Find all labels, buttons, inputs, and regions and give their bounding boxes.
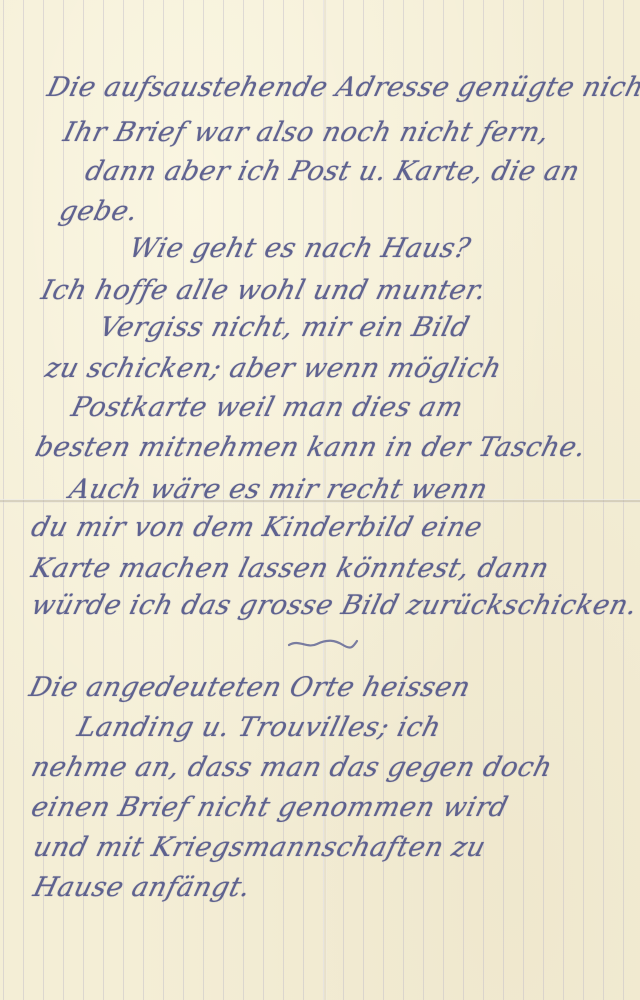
letter-line-15: Die angedeuteten Orte heissen [26,672,474,703]
handwritten-text: Die aufsaustehende Adresse genügte nicht… [0,0,640,1000]
letter-line-5: Wie geht es nach Haus? [126,233,474,264]
letter-line-20: Hause anfängt. [30,872,254,903]
letter-page: Die aufsaustehende Adresse genügte nicht… [0,0,640,1000]
letter-line-19: und mit Kriegsmannschaften zu [30,832,489,863]
letter-line-7: Vergiss nicht, mir ein Bild [96,312,473,343]
letter-line-11: Auch wäre es mir recht wenn [66,474,491,505]
letter-line-12: du mir von dem Kinderbild eine [28,512,485,543]
letter-line-17: nehme an, dass man das gegen doch [28,752,556,783]
letter-line-9: Postkarte weil man dies am [68,392,466,423]
letter-line-16: Landing u. Trouvilles; ich [74,712,444,743]
letter-line-8: zu schicken; aber wenn möglich [42,353,505,384]
letter-line-1: Die aufsaustehende Adresse genügte nicht… [44,72,640,103]
letter-line-10: besten mitnehmen kann in der Tasche. [32,432,589,463]
letter-line-4: gebe. [56,196,141,227]
letter-line-6: Ich hoffe alle wohl und munter. [38,275,489,306]
letter-line-13: Karte machen lassen könntest, dann [28,553,552,584]
section-divider-flourish [287,637,359,651]
letter-line-3: dann aber ich Post u. Karte, die an [82,156,583,187]
letter-line-14: würde ich das grosse Bild zurückschicken… [28,590,640,621]
letter-line-2: Ihr Brief war also noch nicht fern, [60,117,552,148]
letter-line-18: einen Brief nicht genommen wird [28,792,511,823]
